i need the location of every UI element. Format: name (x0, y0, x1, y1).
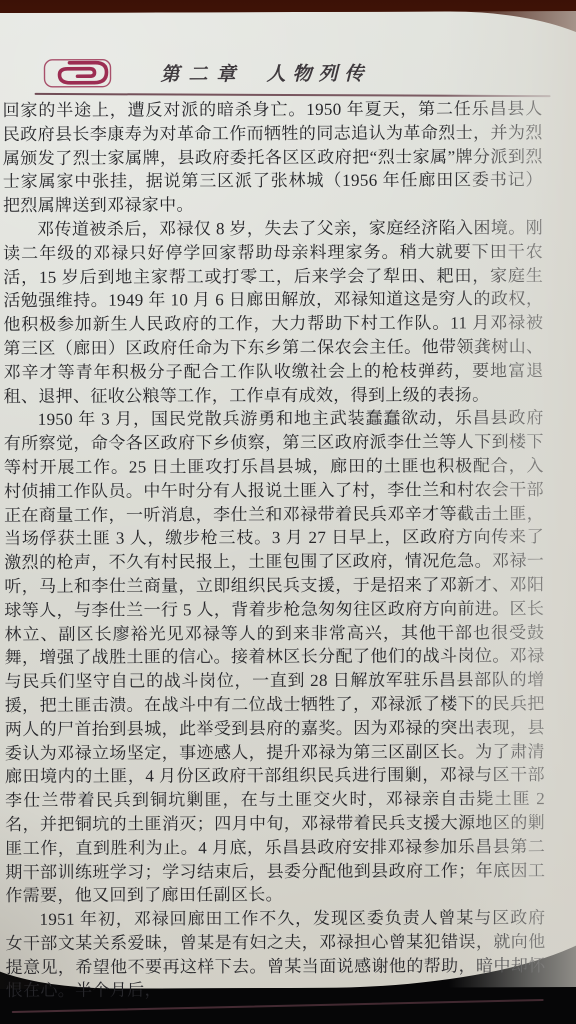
section-title: 人物列传 (266, 63, 370, 84)
chapter-title: 第二章人物列传 (160, 58, 370, 86)
body-paragraph: 1951 年初，邓禄回廊田工作不久，发现区委负责人曾某与区政府女干部文某关系爱昧… (5, 906, 545, 1003)
page-content: 第二章人物列传 回家的半途上，遭反对派的暗杀身亡。1950 年夏天，第二任乐昌县… (0, 11, 576, 1014)
body-paragraph: 1950 年 3 月，国民党散兵游勇和地主武装蠢蠢欲动，乐昌县政府有所察觉，命令… (4, 406, 546, 908)
body-paragraph: 邓传道被杀后，邓禄仅 8 岁，失去了父亲，家庭经济陷入困境。刚读二年级的邓禄只好… (3, 216, 544, 408)
book-page: 第二章人物列传 回家的半途上，遭反对派的暗杀身亡。1950 年夏天，第二任乐昌县… (0, 11, 576, 989)
chapter-label: 第二章 (160, 64, 244, 85)
spiral-square-emblem-icon (42, 56, 116, 90)
header-rule (35, 93, 551, 97)
body-paragraph: 回家的半途上，遭反对派的暗杀身亡。1950 年夏天，第二任乐昌县人民政府县长李康… (3, 97, 543, 218)
chapter-header: 第二章人物列传 (42, 55, 576, 89)
book-page-photo: 第二章人物列传 回家的半途上，遭反对派的暗杀身亡。1950 年夏天，第二任乐昌县… (0, 0, 576, 1024)
body-text-block: 回家的半途上，遭反对派的暗杀身亡。1950 年夏天，第二任乐昌县人民政府县长李康… (3, 97, 546, 1003)
